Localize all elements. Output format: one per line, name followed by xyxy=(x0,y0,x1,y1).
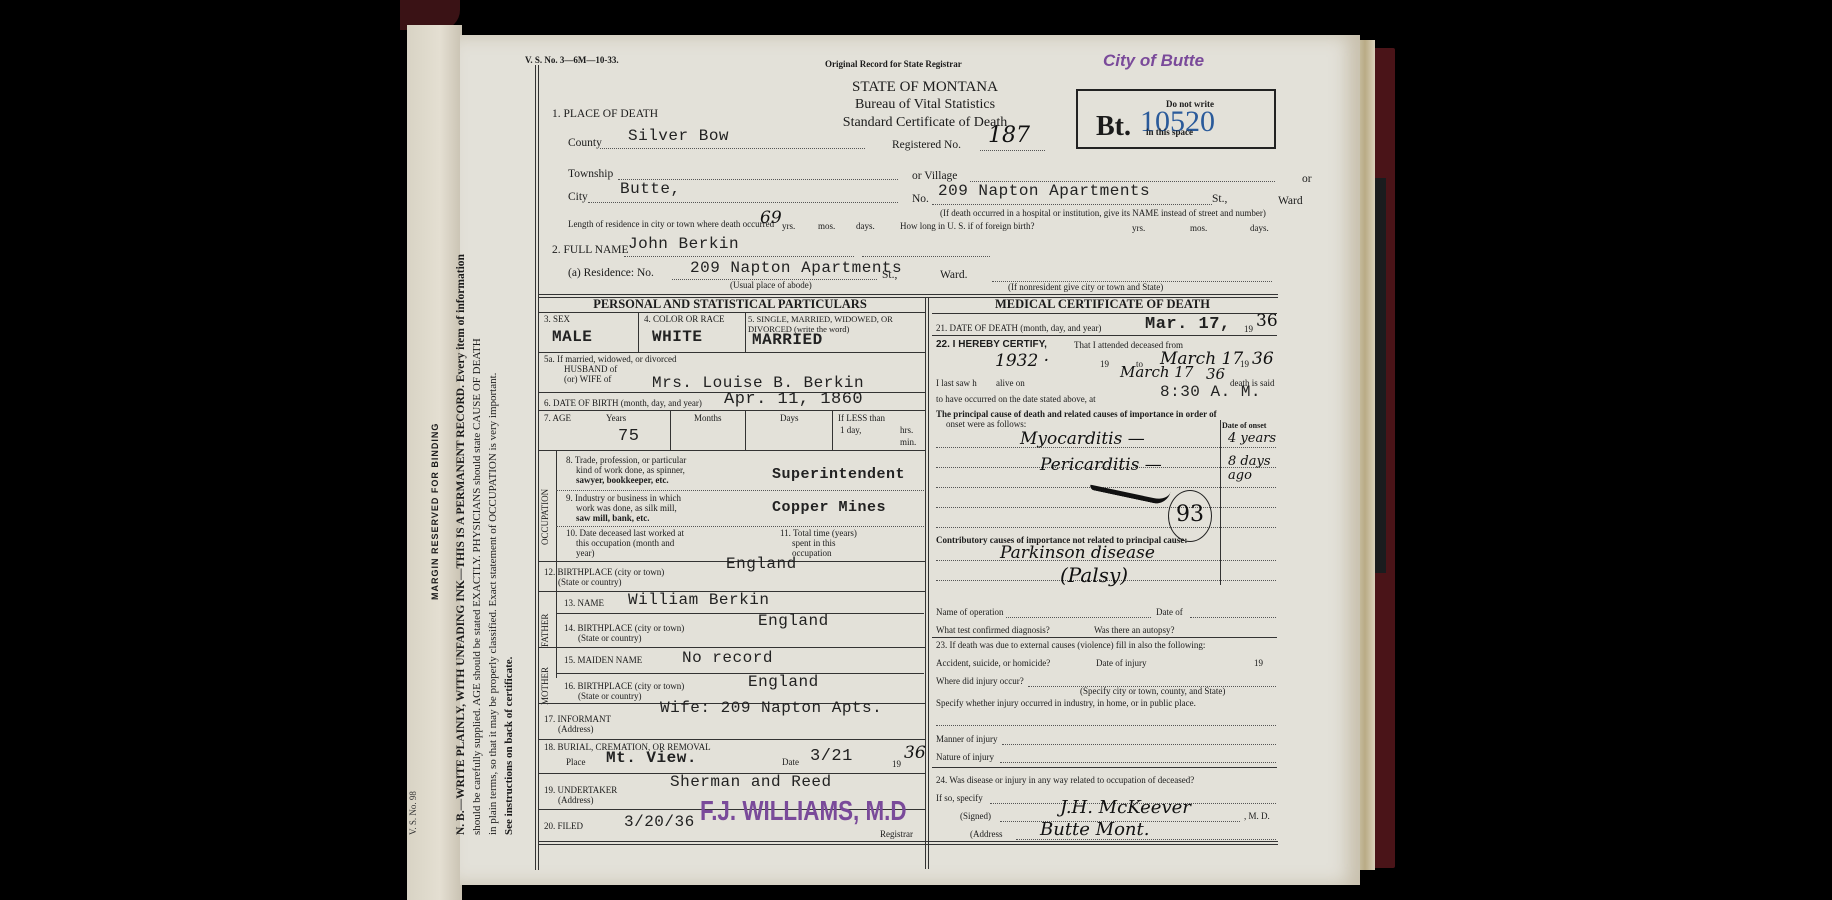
bottom-border xyxy=(538,841,1278,845)
death-certificate-page: V. S. No. 98 MARGIN RESERVED FOR BINDING… xyxy=(460,35,1360,885)
min-label: min. xyxy=(900,437,916,447)
death-address-value: 209 Napton Apartments xyxy=(938,182,1150,200)
industry-label-2: work was done, as silk mill, xyxy=(576,503,677,513)
margin-instructions-4: See instructions on back of certificate. xyxy=(503,657,515,835)
burial-place-label: Place xyxy=(566,757,586,767)
county-label: County xyxy=(568,137,602,149)
nature-label: Nature of injury xyxy=(936,752,994,762)
full-name-value: John Berkin xyxy=(628,235,739,253)
foreign-days: days. xyxy=(1250,223,1269,233)
box-note-bottom: in this space xyxy=(1146,127,1193,137)
or-label: or xyxy=(1302,173,1312,185)
accident-label: Accident, suicide, or homicide? xyxy=(936,658,1050,668)
st-label: St., xyxy=(1212,193,1227,205)
trade-label-3: sawyer, bookkeeper, etc. xyxy=(576,475,669,485)
signed-label: (Signed) xyxy=(960,811,991,821)
foreign-birth-label: How long in U. S. if of foreign birth? xyxy=(900,221,1034,231)
registered-no-label: Registered No. xyxy=(892,139,961,151)
alive-on-label: alive on xyxy=(996,378,1025,388)
dod-year-prefix: 19 xyxy=(1244,324,1253,334)
one-day-label: 1 day, xyxy=(840,425,861,435)
last-worked-label-1: 10. Date deceased last worked at xyxy=(566,528,684,538)
years-label: Years xyxy=(606,413,626,423)
father-birth-state-note: (State or country) xyxy=(578,633,641,643)
race-value: WHITE xyxy=(652,328,703,346)
industry-note: Specify whether injury occurred in indus… xyxy=(936,698,1196,708)
last-worked-label-3: year) xyxy=(576,548,594,558)
occurred-text: to have occurred on the date stated abov… xyxy=(936,394,1096,404)
registrar-label: Registrar xyxy=(880,829,913,839)
father-birth-value: England xyxy=(758,612,829,630)
specify-note: (Specify city or town, county, and State… xyxy=(1080,686,1225,696)
cause-2: Pericarditis — xyxy=(1040,455,1162,475)
burial-year-value: 36 xyxy=(904,743,926,763)
bureau-title: Bureau of Vital Statistics xyxy=(780,97,1070,113)
age-years-value: 75 xyxy=(618,427,639,446)
residence-years-value: 69 xyxy=(760,208,782,228)
place-of-death-label: 1. PLACE OF DEATH xyxy=(552,108,658,120)
if-so-label: If so, specify xyxy=(936,793,983,803)
undertaker-address-label: (Address) xyxy=(558,795,594,805)
father-side-label: FATHER xyxy=(540,614,550,647)
father-name-value: William Berkin xyxy=(628,591,769,609)
last-saw-label: I last saw h xyxy=(936,378,977,388)
autopsy-label: Was there an autopsy? xyxy=(1094,625,1175,635)
less-than-label: If LESS than xyxy=(838,413,885,423)
sex-label: 3. SEX xyxy=(544,314,570,324)
city-label: City xyxy=(568,191,588,203)
industry-value: Copper Mines xyxy=(772,499,886,516)
dod-label: 21. DATE OF DEATH (month, day, and year) xyxy=(936,323,1101,333)
attended-mid: 19 xyxy=(1100,359,1109,369)
box-prefix: Bt. xyxy=(1096,111,1131,143)
residence-st-label: St., xyxy=(882,269,897,281)
birthplace-state-note: (State or country) xyxy=(558,577,621,587)
personal-section-title: PERSONAL AND STATISTICAL PARTICULARS xyxy=(540,297,920,312)
county-value: Silver Bow xyxy=(628,127,729,145)
city-value: Butte, xyxy=(620,180,681,198)
last-saw-date: March 17 xyxy=(1120,363,1193,381)
manner-label: Manner of injury xyxy=(936,734,997,744)
days-label: days. xyxy=(856,221,875,231)
industry-label-3: saw mill, bank, etc. xyxy=(576,513,650,523)
nonresident-note: (If nonresident give city or town and St… xyxy=(1008,282,1163,292)
margin-instructions-1: N. B.—WRITE PLAINLY, WITH UNFADING INK—T… xyxy=(455,254,467,835)
burial-year-prefix: 19 xyxy=(892,759,901,769)
strike-mark xyxy=(1089,475,1170,506)
attended-year-value: 36 xyxy=(1252,349,1274,369)
cause-1: Myocarditis — xyxy=(1020,429,1145,449)
left-border xyxy=(535,65,539,870)
informant-address-label: (Address) xyxy=(558,724,594,734)
injury-year-prefix: 19 xyxy=(1254,658,1263,668)
operation-label: Name of operation xyxy=(936,607,1003,617)
cause-text-1: The principal cause of death and related… xyxy=(936,409,1217,419)
signer-address-value: Butte Mont. xyxy=(1040,819,1149,840)
hospital-note: (If death occurred in a hospital or inst… xyxy=(940,208,1266,218)
informant-value: Wife: 209 Napton Apts. xyxy=(660,699,882,717)
spouse-label-1: 5a. If married, widowed, or divorced xyxy=(544,354,676,364)
state-title: STATE OF MONTANA xyxy=(780,79,1070,96)
medical-section-title: MEDICAL CERTIFICATE OF DEATH xyxy=(930,297,1275,312)
ward-label: Ward xyxy=(1278,195,1303,207)
form-number: V. S. No. 3—6M—10-33. xyxy=(525,55,619,65)
attended-from-value: 1932 · xyxy=(995,351,1049,371)
last-worked-label-2: this occupation (month and xyxy=(576,538,674,548)
undertaker-value: Sherman and Reed xyxy=(670,773,832,791)
no-label: No. xyxy=(912,193,929,205)
last-saw-year: 36 xyxy=(1206,365,1225,383)
spouse-label-2: HUSBAND of xyxy=(564,364,617,374)
cause-text-2: onset were as follows: xyxy=(946,419,1026,429)
signature: J.H. McKeever xyxy=(1060,797,1191,818)
residence-ward-label: Ward. xyxy=(940,269,968,281)
occupation-question: 24. Was disease or injury in any way rel… xyxy=(936,775,1194,785)
age-label: 7. AGE xyxy=(544,413,571,423)
hrs-label: hrs. xyxy=(900,425,913,435)
signer-address-label: (Address xyxy=(970,829,1003,839)
race-label: 4. COLOR OR RACE xyxy=(644,314,725,324)
city-stamp: City of Butte xyxy=(1103,51,1204,71)
filed-label: 20. FILED xyxy=(544,821,583,831)
test-label: What test confirmed diagnosis? xyxy=(936,625,1050,635)
time-value: 8:30 A. M. xyxy=(1160,383,1261,401)
industry-label-1: 9. Industry or business in which xyxy=(566,493,681,503)
registrar-box: Bt. Do not write 10520 in this space xyxy=(1076,89,1276,149)
birthplace-label: 12. BIRTHPLACE (city or town) xyxy=(544,567,664,577)
trade-label-1: 8. Trade, profession, or particular xyxy=(566,455,686,465)
external-label: 23. If death was due to external causes … xyxy=(936,640,1205,650)
mother-side-label: MOTHER xyxy=(540,667,550,705)
margin-form-number: V. S. No. 98 xyxy=(408,791,418,835)
marital-value: MARRIED xyxy=(752,331,823,349)
total-time-label-2: spent in this xyxy=(792,538,836,548)
foreign-yrs: yrs. xyxy=(1132,223,1145,233)
trade-value: Superintendent xyxy=(772,466,905,483)
dod-year-value: 36 xyxy=(1256,311,1278,331)
filed-value: 3/20/36 xyxy=(624,813,695,831)
date-of-label: Date of xyxy=(1156,607,1183,617)
dod-value: Mar. 17, xyxy=(1145,315,1231,334)
trade-label-2: kind of work done, as spinner, xyxy=(576,465,685,475)
attended-year-prefix: 19 xyxy=(1240,359,1249,369)
undertaker-label: 19. UNDERTAKER xyxy=(544,785,617,795)
certify-label: 22. I HEREBY CERTIFY, xyxy=(936,339,1047,350)
spouse-label-3: (or) WIFE of xyxy=(564,374,611,384)
where-label: Where did injury occur? xyxy=(936,676,1024,686)
injury-date-label: Date of injury xyxy=(1096,658,1146,668)
village-label: or Village xyxy=(912,170,957,182)
contrib-1: Parkinson disease xyxy=(1000,543,1155,563)
onset-label: Date of onset xyxy=(1222,421,1266,430)
yrs-label: yrs. xyxy=(782,221,795,231)
abode-note: (Usual place of abode) xyxy=(730,280,812,290)
total-time-label-3: occupation xyxy=(792,548,832,558)
mos-label: mos. xyxy=(818,221,835,231)
cause-1-onset: 4 years xyxy=(1228,431,1276,446)
mother-maiden-value: No record xyxy=(682,649,773,667)
father-birth-label: 14. BIRTHPLACE (city or town) xyxy=(564,623,684,633)
days-label: Days xyxy=(780,413,799,423)
mother-birth-state-note: (State or country) xyxy=(578,691,641,701)
foreign-mos: mos. xyxy=(1190,223,1207,233)
dob-label: 6. DATE OF BIRTH (month, day, and year) xyxy=(544,398,702,408)
informant-label: 17. INFORMANT xyxy=(544,714,611,724)
mother-birth-label: 16. BIRTHPLACE (city or town) xyxy=(564,681,684,691)
township-label: Township xyxy=(568,168,613,180)
residence-label: (a) Residence: No. xyxy=(568,267,654,279)
burial-date-label: Date xyxy=(782,757,799,767)
mother-maiden-label: 15. MAIDEN NAME xyxy=(564,655,642,665)
burial-place-value: Mt. View. xyxy=(606,749,697,767)
record-type: Original Record for State Registrar xyxy=(825,59,962,69)
burial-date-value: 3/21 xyxy=(810,747,853,766)
margin-instructions-2: should be carefully supplied. AGE should… xyxy=(471,338,483,835)
md-label: , M. D. xyxy=(1244,811,1270,821)
margin-instructions-3: in plain terms, so that it may be proper… xyxy=(487,373,499,835)
total-time-label-1: 11. Total time (years) xyxy=(780,528,857,538)
contrib-2: (Palsy) xyxy=(1060,563,1128,587)
residence-value: 209 Napton Apartments xyxy=(690,259,902,277)
mother-birth-value: England xyxy=(748,673,819,691)
cause-2-onset: 8 days ago xyxy=(1228,455,1278,483)
registrar-stamp: F.J. WILLIAMS, M.D xyxy=(700,795,907,827)
birthplace-value: England xyxy=(726,555,797,573)
registered-no-value: 187 xyxy=(988,123,1030,148)
sex-value: MALE xyxy=(552,328,592,346)
father-name-label: 13. NAME xyxy=(564,598,604,608)
margin-binding-note: MARGIN RESERVED FOR BINDING xyxy=(430,423,440,600)
full-name-label: 2. FULL NAME xyxy=(552,244,629,256)
residence-length-label: Length of residence in city or town wher… xyxy=(568,219,774,229)
months-label: Months xyxy=(694,413,722,423)
occupation-side-label: OCCUPATION xyxy=(540,489,550,545)
column-divider xyxy=(925,297,929,869)
dob-value: Apr. 11, 1860 xyxy=(724,390,863,409)
